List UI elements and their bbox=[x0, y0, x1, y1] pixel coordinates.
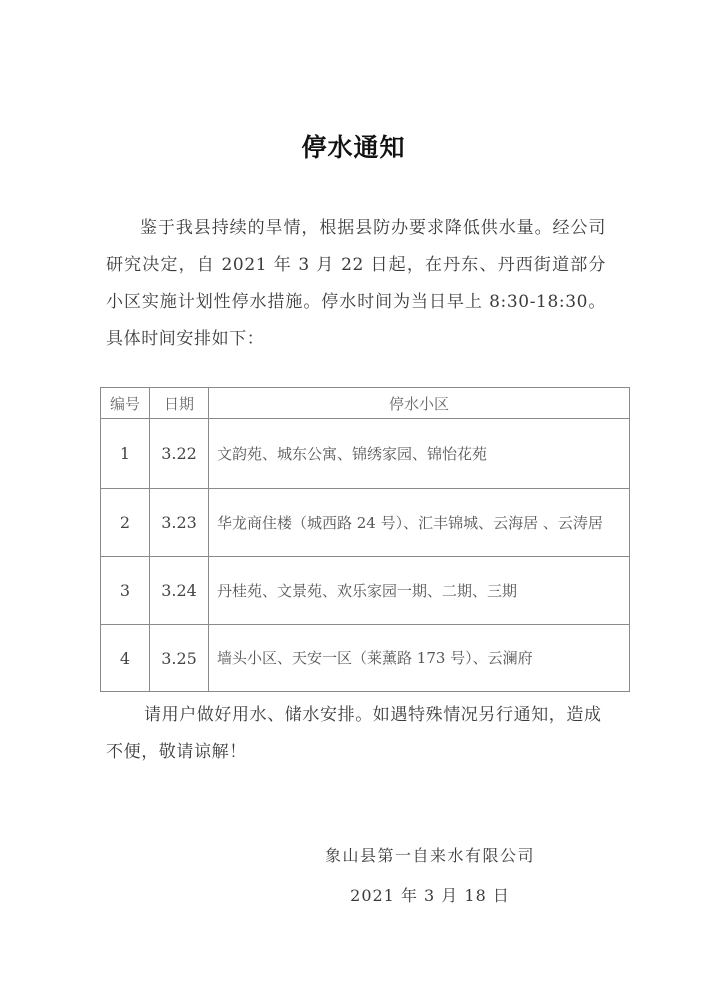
table-row: 4 3.25 墙头小区、天安一区（莱薰路 173 号）、云澜府 bbox=[101, 625, 630, 692]
table-row: 2 3.23 华龙商住楼（城西路 24 号）、汇丰锦城、云海居 、云涛居 bbox=[101, 489, 630, 557]
table-header-row: 编号 日期 停水小区 bbox=[101, 388, 630, 419]
row-date: 3.24 bbox=[150, 557, 209, 625]
header-areas: 停水小区 bbox=[209, 388, 630, 419]
row-date: 3.23 bbox=[150, 489, 209, 557]
table-row: 3 3.24 丹桂苑、文景苑、欢乐家园一期、二期、三期 bbox=[101, 557, 630, 625]
table-row: 1 3.22 文韵苑、城东公寓、锦绣家园、锦怡花苑 bbox=[101, 419, 630, 489]
row-number: 3 bbox=[101, 557, 150, 625]
closing-paragraph: 请用户做好用水、储水安排。如遇特殊情况另行通知，造成不便，敬请谅解！ bbox=[106, 697, 606, 771]
row-areas: 华龙商住楼（城西路 24 号）、汇丰锦城、云海居 、云涛居 bbox=[209, 489, 630, 557]
row-number: 4 bbox=[101, 625, 150, 692]
row-areas: 墙头小区、天安一区（莱薰路 173 号）、云澜府 bbox=[209, 625, 630, 692]
row-date: 3.25 bbox=[150, 625, 209, 692]
outage-schedule-table: 编号 日期 停水小区 1 3.22 文韵苑、城东公寓、锦绣家园、锦怡花苑 2 3… bbox=[100, 387, 630, 692]
row-number: 2 bbox=[101, 489, 150, 557]
row-number: 1 bbox=[101, 419, 150, 489]
issue-date: 2021 年 3 月 18 日 bbox=[310, 883, 550, 906]
header-date: 日期 bbox=[150, 388, 209, 419]
header-number: 编号 bbox=[101, 388, 150, 419]
row-areas: 丹桂苑、文景苑、欢乐家园一期、二期、三期 bbox=[209, 557, 630, 625]
issuer-organization: 象山县第一自来水有限公司 bbox=[310, 843, 550, 866]
intro-paragraph: 鉴于我县持续的旱情，根据县防办要求降低供水量。经公司研究决定，自 2021 年 … bbox=[106, 210, 606, 358]
document-title: 停水通知 bbox=[0, 128, 707, 164]
row-areas: 文韵苑、城东公寓、锦绣家园、锦怡花苑 bbox=[209, 419, 630, 489]
row-date: 3.22 bbox=[150, 419, 209, 489]
